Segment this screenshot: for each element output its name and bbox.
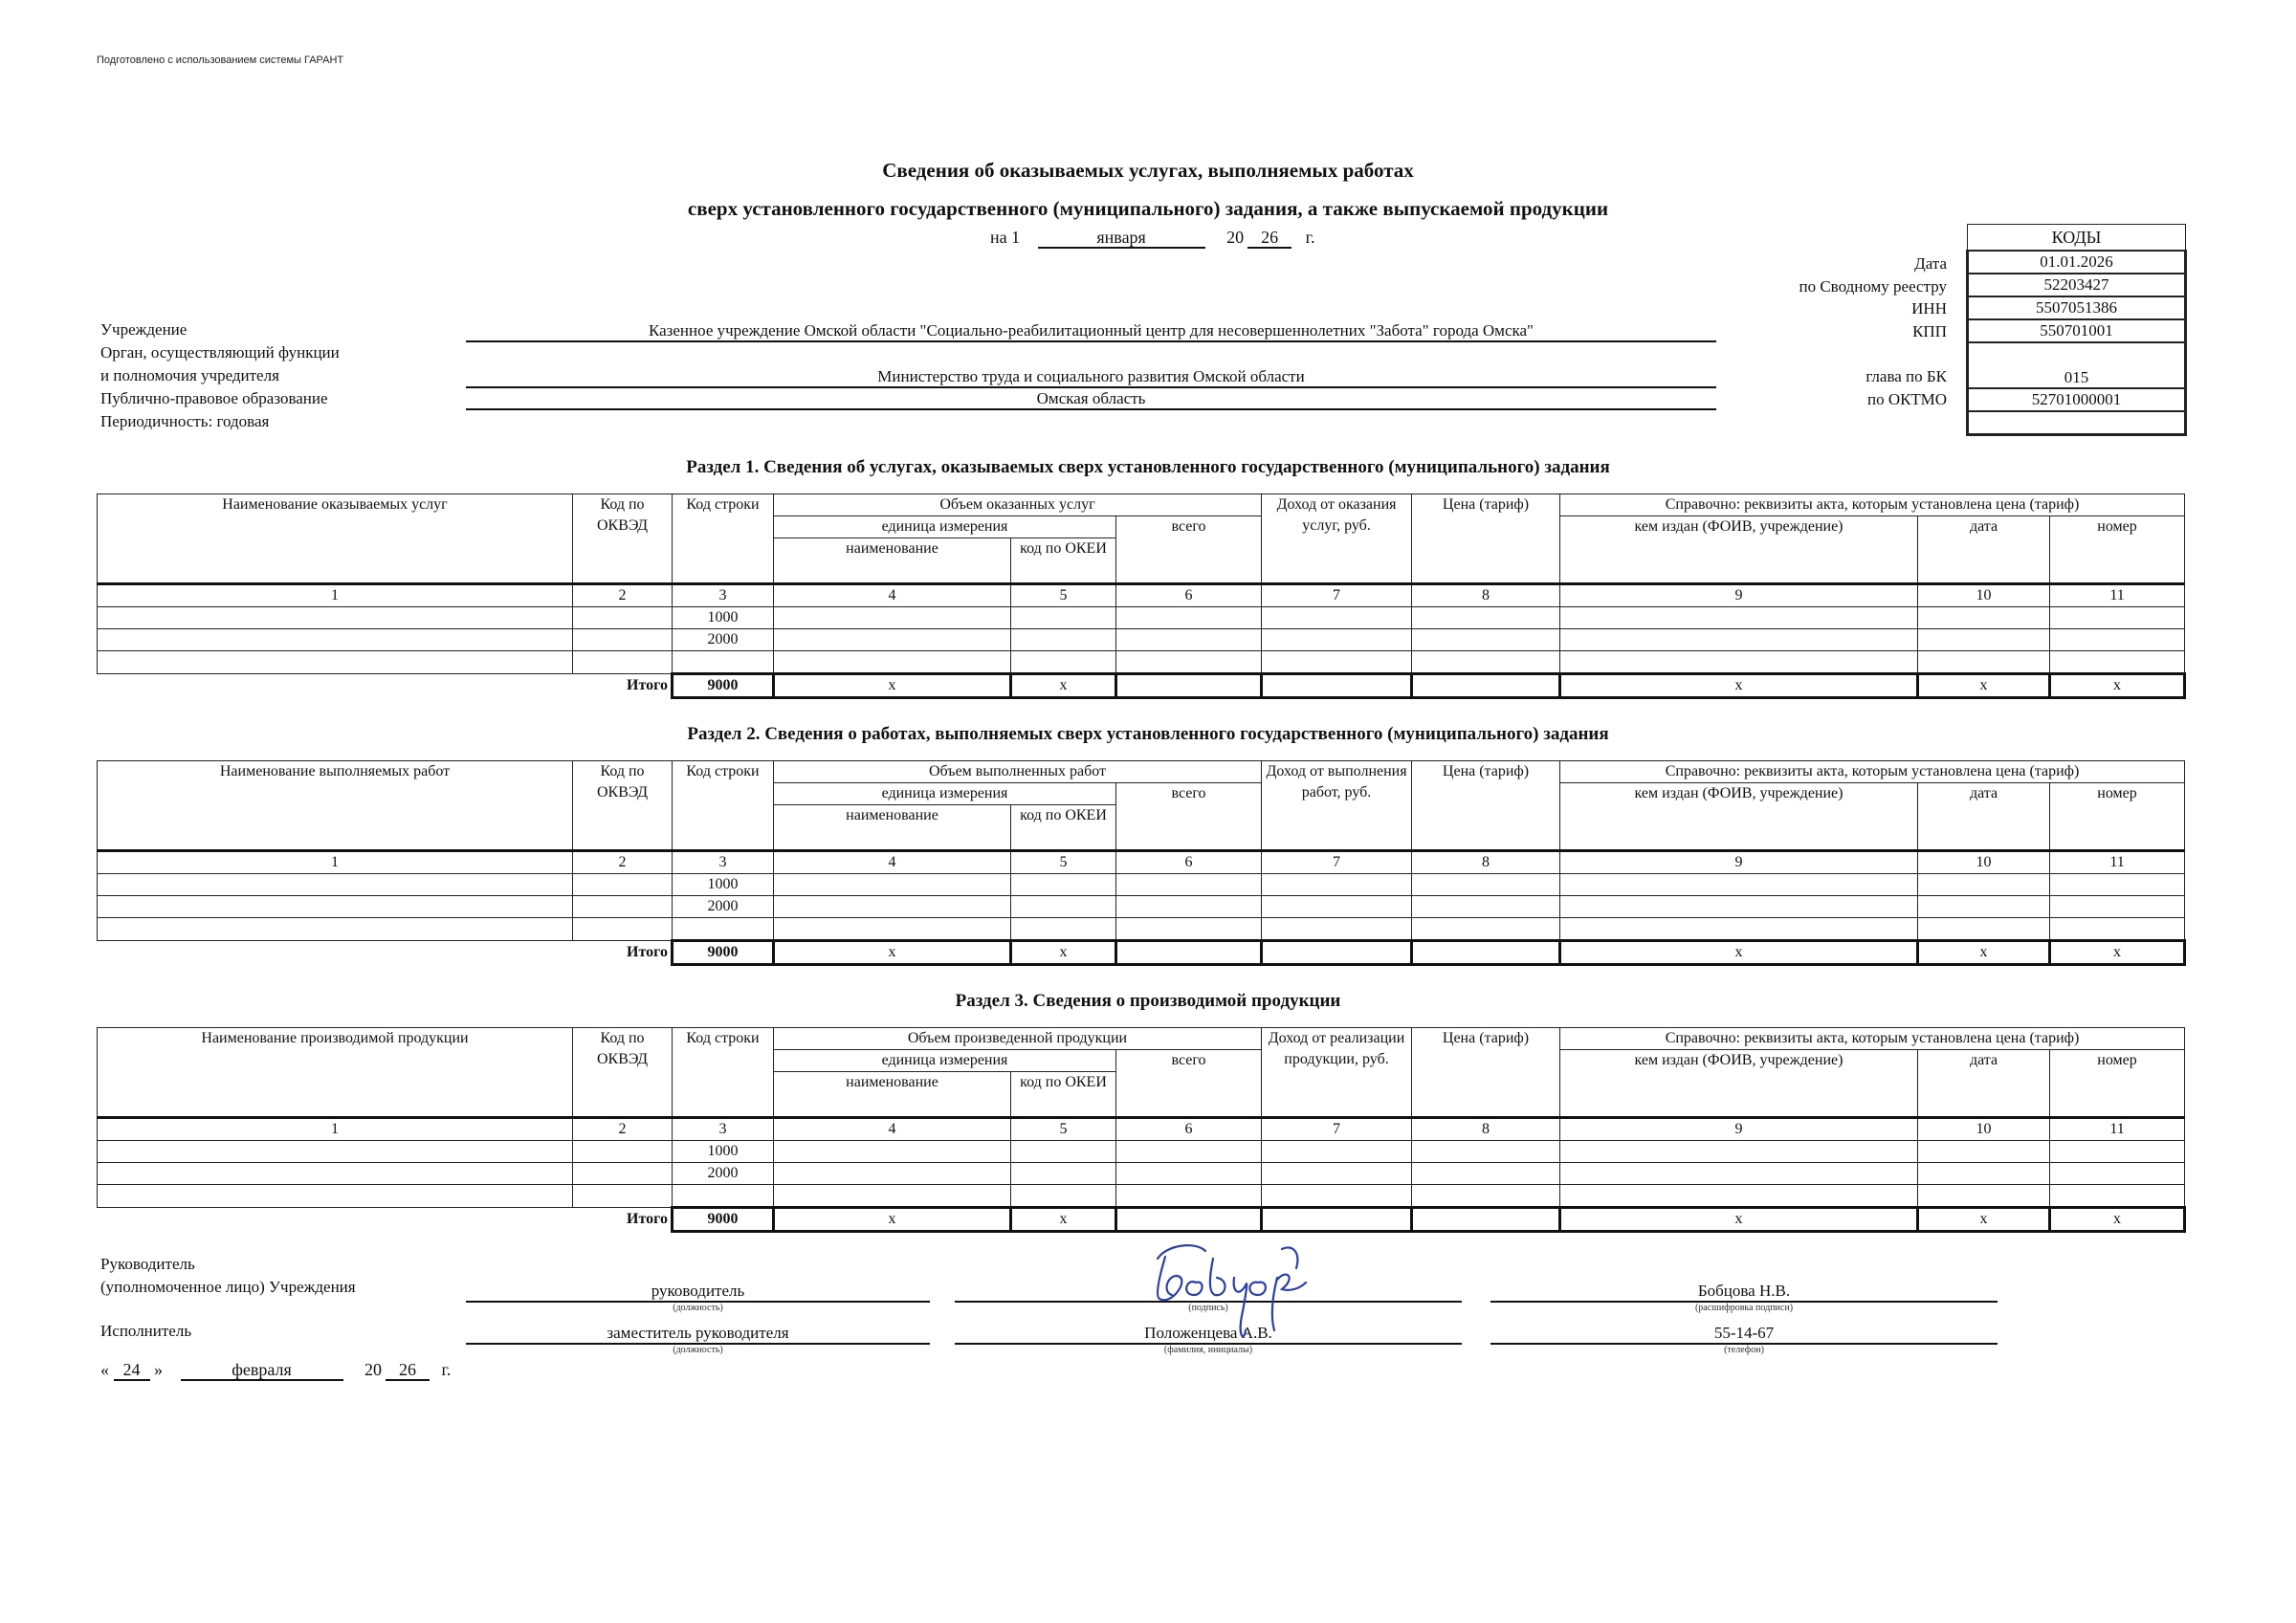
row-code (673, 1185, 774, 1208)
table-cell[interactable] (1011, 1163, 1116, 1185)
hint-decoding: (расшифровка подписи) (1490, 1303, 1998, 1313)
codes-table: КОДЫ 01.01.2026 52203427 5507051386 5507… (1966, 224, 2187, 436)
column-number: 9 (1560, 851, 1918, 874)
total-row: Итого9000xxxxx (98, 941, 2185, 965)
total-cell (1412, 941, 1560, 965)
header-reference: Справочно: реквизиты акта, которым устан… (1560, 1028, 2185, 1050)
column-number: 7 (1262, 851, 1412, 874)
table-cell[interactable] (1560, 629, 1918, 651)
total-cell: x (1918, 941, 2050, 965)
date-day: 24 (114, 1360, 150, 1381)
column-number: 1 (98, 1118, 573, 1141)
table-cell[interactable] (1116, 607, 1262, 629)
header-income: Доход от выполнения работ, руб. (1262, 761, 1412, 851)
table-cell[interactable] (98, 874, 573, 896)
table-cell[interactable] (2050, 874, 2185, 896)
row-code: 2000 (673, 629, 774, 651)
executor-phone: 55-14-67 (1490, 1324, 1998, 1345)
table-cell[interactable] (1412, 651, 1560, 674)
table-cell[interactable] (2050, 1163, 2185, 1185)
table-cell[interactable] (1412, 1185, 1560, 1208)
table-cell[interactable] (774, 918, 1011, 941)
table-row (98, 918, 2185, 941)
table-cell[interactable] (2050, 607, 2185, 629)
column-number: 10 (1918, 851, 2050, 874)
header-unit-name: наименование (774, 1072, 1011, 1118)
table-cell[interactable] (1918, 629, 2050, 651)
signed-date: « 24 » февраля 2026 г. (100, 1360, 451, 1381)
row-code: 1000 (673, 874, 774, 896)
header-reference: Справочно: реквизиты акта, которым устан… (1560, 494, 2185, 516)
column-number: 2 (573, 851, 673, 874)
table-cell[interactable] (1262, 1185, 1412, 1208)
section-1-title: Раздел 1. Сведения об услугах, оказываем… (0, 457, 2296, 478)
table-cell[interactable] (98, 629, 573, 651)
table-cell[interactable] (1011, 1185, 1116, 1208)
table-cell[interactable] (774, 1163, 1011, 1185)
table-row: 1000 (98, 1141, 2185, 1163)
date-open-quote: « (100, 1360, 109, 1379)
header-unit: единица измерения (774, 783, 1116, 805)
date-year-suffix: 26 (386, 1360, 430, 1381)
organization-labels: Учреждение Орган, осуществляющий функции… (100, 318, 340, 433)
table-cell[interactable] (573, 896, 673, 918)
column-number: 6 (1116, 1118, 1262, 1141)
column-number: 4 (774, 851, 1011, 874)
header-total: всего (1116, 783, 1262, 851)
label-institution: Учреждение (100, 318, 340, 341)
codes-label: по Сводному реестру (1626, 275, 1947, 298)
table-cell[interactable] (1918, 874, 2050, 896)
table-cell[interactable] (1116, 629, 1262, 651)
codes-label (1626, 342, 1947, 365)
header-price: Цена (тариф) (1412, 1028, 1560, 1118)
table-cell[interactable] (98, 607, 573, 629)
code-oktmo: 52701000001 (1968, 388, 2186, 411)
garant-watermark: Подготовлено с использованием системы ГА… (97, 55, 343, 66)
header-okved: Код по ОКВЭД (573, 494, 673, 584)
table-cell[interactable] (1262, 918, 1412, 941)
total-label: Итого (573, 674, 673, 698)
column-number: 4 (774, 1118, 1011, 1141)
table-cell[interactable] (1011, 651, 1116, 674)
code-date: 01.01.2026 (1968, 251, 2186, 274)
public-entity-name: Омская область (466, 389, 1716, 410)
as-of-suffix: г. (1306, 228, 1315, 247)
executor-position: заместитель руководителя (466, 1324, 930, 1345)
header-issuer: кем издан (ФОИВ, учреждение) (1560, 1050, 1918, 1118)
column-number: 5 (1011, 584, 1116, 607)
table-cell[interactable] (2050, 629, 2185, 651)
table-cell[interactable] (573, 1185, 673, 1208)
table-cell[interactable] (1262, 607, 1412, 629)
table-cell[interactable] (1116, 918, 1262, 941)
table-cell[interactable] (1262, 1141, 1412, 1163)
header-total: всего (1116, 516, 1262, 584)
column-number: 11 (2050, 584, 2185, 607)
codes-label: ИНН (1626, 297, 1947, 320)
total-cell: x (2050, 674, 2185, 698)
header-row-code: Код строки (673, 761, 774, 851)
total-cell: x (1011, 674, 1116, 698)
section-2-table: Наименование выполняемых работКод по ОКВ… (97, 760, 2186, 966)
table-cell[interactable] (1116, 896, 1262, 918)
table-cell[interactable] (1412, 918, 1560, 941)
section-3-title: Раздел 3. Сведения о производимой продук… (0, 991, 2296, 1012)
spacer (98, 941, 573, 965)
table-cell[interactable] (2050, 1141, 2185, 1163)
total-cell (1116, 941, 1262, 965)
row-code (673, 651, 774, 674)
table-cell[interactable] (1011, 896, 1116, 918)
as-of-month: января (1038, 228, 1205, 249)
header-okei: код по ОКЕИ (1011, 538, 1116, 584)
table-row: 2000 (98, 1163, 2185, 1185)
table-cell[interactable] (98, 1185, 573, 1208)
as-of-date: на 1 января 2026 г. (990, 228, 1314, 249)
column-number: 8 (1412, 1118, 1560, 1141)
header-issuer: кем издан (ФОИВ, учреждение) (1560, 783, 1918, 851)
table-cell[interactable] (1116, 651, 1262, 674)
document-title-line1: Сведения об оказываемых услугах, выполня… (0, 159, 2296, 183)
date-suffix: г. (442, 1360, 452, 1379)
header-unit: единица измерения (774, 516, 1116, 538)
table-cell[interactable] (774, 651, 1011, 674)
column-number: 7 (1262, 1118, 1412, 1141)
table-cell[interactable] (1560, 1163, 1918, 1185)
row-code: 1000 (673, 1141, 774, 1163)
total-cell: x (774, 941, 1011, 965)
table-cell[interactable] (1560, 896, 1918, 918)
label-public-entity: Публично-правовое образование (100, 387, 340, 410)
column-number: 7 (1262, 584, 1412, 607)
row-code (673, 918, 774, 941)
total-cell: x (774, 674, 1011, 698)
code-registry: 52203427 (1968, 274, 2186, 296)
table-row: 1000 (98, 607, 2185, 629)
table-cell[interactable] (98, 918, 573, 941)
header-okved: Код по ОКВЭД (573, 761, 673, 851)
table-row: 1000 (98, 874, 2185, 896)
column-number: 1 (98, 851, 573, 874)
table-cell[interactable] (1116, 874, 1262, 896)
handwritten-signature (1138, 1239, 1330, 1354)
row-code: 2000 (673, 1163, 774, 1185)
head-label-1: Руководитель (100, 1253, 195, 1276)
table-cell[interactable] (1560, 651, 1918, 674)
table-cell[interactable] (1116, 1185, 1262, 1208)
table-cell[interactable] (1918, 1141, 2050, 1163)
as-of-year-prefix: 20 (1226, 228, 1244, 247)
table-cell[interactable] (573, 918, 673, 941)
total-row: Итого9000xxxxx (98, 674, 2185, 698)
header-row-code: Код строки (673, 494, 774, 584)
column-number: 2 (573, 1118, 673, 1141)
table-cell[interactable] (2050, 896, 2185, 918)
date-close-quote: » (154, 1360, 163, 1379)
column-number: 6 (1116, 584, 1262, 607)
header-okved: Код по ОКВЭД (573, 1028, 673, 1118)
header-reference: Справочно: реквизиты акта, которым устан… (1560, 761, 2185, 783)
table-cell[interactable] (573, 651, 673, 674)
code-bk-chapter: 015 (1968, 342, 2186, 388)
table-cell[interactable] (1262, 896, 1412, 918)
header-okei: код по ОКЕИ (1011, 805, 1116, 851)
column-number: 9 (1560, 1118, 1918, 1141)
table-cell[interactable] (1262, 1163, 1412, 1185)
table-cell[interactable] (1011, 918, 1116, 941)
table-cell[interactable] (1011, 607, 1116, 629)
table-cell[interactable] (1412, 896, 1560, 918)
head-name: Бобцова Н.В. (1490, 1282, 1998, 1303)
table-cell[interactable] (573, 607, 673, 629)
header-unit-name: наименование (774, 805, 1011, 851)
header-issuer: кем издан (ФОИВ, учреждение) (1560, 516, 1918, 584)
header-total: всего (1116, 1050, 1262, 1118)
header-date: дата (1918, 1050, 2050, 1118)
header-number: номер (2050, 783, 2185, 851)
table-cell[interactable] (1262, 629, 1412, 651)
table-cell[interactable] (774, 874, 1011, 896)
document-title-line2: сверх установленного государственного (м… (0, 197, 2296, 221)
total-code: 9000 (673, 1208, 774, 1232)
header-date: дата (1918, 516, 2050, 584)
header-name: Наименование оказываемых услуг (98, 494, 573, 584)
total-code: 9000 (673, 941, 774, 965)
founder-name: Министерство труда и социального развити… (466, 367, 1716, 388)
table-cell[interactable] (1412, 874, 1560, 896)
table-cell[interactable] (1412, 607, 1560, 629)
date-year-prefix: 20 (364, 1360, 382, 1379)
table-cell[interactable] (98, 1141, 573, 1163)
total-cell: x (2050, 941, 2185, 965)
table-cell[interactable] (1560, 918, 1918, 941)
codes-label: Дата (1626, 252, 1947, 275)
total-cell (1116, 674, 1262, 698)
total-label: Итого (573, 1208, 673, 1232)
total-cell (1412, 1208, 1560, 1232)
table-cell[interactable] (573, 1163, 673, 1185)
total-cell: x (1560, 674, 1918, 698)
column-number: 8 (1412, 851, 1560, 874)
table-cell[interactable] (1011, 1141, 1116, 1163)
table-cell[interactable] (774, 629, 1011, 651)
table-row: 2000 (98, 896, 2185, 918)
table-cell[interactable] (1011, 629, 1116, 651)
total-cell (1116, 1208, 1262, 1232)
head-label-2: (уполномоченное лицо) Учреждения (100, 1276, 356, 1299)
table-row: 2000 (98, 629, 2185, 651)
total-cell: x (1918, 1208, 2050, 1232)
table-cell[interactable] (2050, 651, 2185, 674)
header-okei: код по ОКЕИ (1011, 1072, 1116, 1118)
code-kpp: 550701001 (1968, 319, 2186, 342)
table-cell[interactable] (1560, 607, 1918, 629)
total-cell: x (1011, 941, 1116, 965)
table-cell[interactable] (1262, 874, 1412, 896)
table-cell[interactable] (1918, 607, 2050, 629)
total-cell: x (1560, 941, 1918, 965)
table-cell[interactable] (1918, 1163, 2050, 1185)
column-number: 3 (673, 584, 774, 607)
table-cell[interactable] (1011, 874, 1116, 896)
total-cell (1262, 674, 1412, 698)
table-cell[interactable] (1116, 1141, 1262, 1163)
total-cell (1262, 1208, 1412, 1232)
table-cell[interactable] (98, 1163, 573, 1185)
header-unit: единица измерения (774, 1050, 1116, 1072)
total-cell (1412, 674, 1560, 698)
table-row (98, 651, 2185, 674)
header-income: Доход от оказания услуг, руб. (1262, 494, 1412, 584)
header-unit-name: наименование (774, 538, 1011, 584)
header-name: Наименование выполняемых работ (98, 761, 573, 851)
institution-name: Казенное учреждение Омской области "Соци… (466, 321, 1716, 342)
header-number: номер (2050, 516, 2185, 584)
section-3-table: Наименование производимой продукцииКод п… (97, 1027, 2186, 1233)
column-number: 1 (98, 584, 573, 607)
header-number: номер (2050, 1050, 2185, 1118)
label-periodicity: Периодичность: годовая (100, 410, 340, 433)
code-empty (1968, 411, 2186, 435)
table-cell[interactable] (774, 1141, 1011, 1163)
table-cell[interactable] (573, 1141, 673, 1163)
table-cell[interactable] (1918, 918, 2050, 941)
table-cell[interactable] (1412, 629, 1560, 651)
header-row-code: Код строки (673, 1028, 774, 1118)
header-date: дата (1918, 783, 2050, 851)
total-label: Итого (573, 941, 673, 965)
table-cell[interactable] (573, 874, 673, 896)
table-cell[interactable] (98, 896, 573, 918)
hint-phone: (телефон) (1490, 1345, 1998, 1355)
column-number: 11 (2050, 1118, 2185, 1141)
header-price: Цена (тариф) (1412, 494, 1560, 584)
total-row: Итого9000xxxxx (98, 1208, 2185, 1232)
section-1-table: Наименование оказываемых услугКод по ОКВ… (97, 493, 2186, 699)
column-number: 8 (1412, 584, 1560, 607)
total-cell: x (2050, 1208, 2185, 1232)
table-cell[interactable] (2050, 918, 2185, 941)
column-number: 3 (673, 1118, 774, 1141)
total-cell: x (774, 1208, 1011, 1232)
header-name: Наименование производимой продукции (98, 1028, 573, 1118)
row-code: 2000 (673, 896, 774, 918)
table-row (98, 1185, 2185, 1208)
table-cell[interactable] (1116, 1163, 1262, 1185)
table-cell[interactable] (573, 629, 673, 651)
column-number: 10 (1918, 1118, 2050, 1141)
label-founder-2: и полномочия учредителя (100, 364, 340, 387)
codes-header: КОДЫ (1968, 225, 2186, 252)
section-2-title: Раздел 2. Сведения о работах, выполняемы… (0, 724, 2296, 745)
table-cell[interactable] (774, 896, 1011, 918)
label-founder-1: Орган, осуществляющий функции (100, 341, 340, 364)
hint-position: (должность) (466, 1303, 930, 1313)
total-cell: x (1918, 674, 2050, 698)
as-of-prefix: на 1 (990, 228, 1020, 247)
spacer (98, 1208, 573, 1232)
as-of-year-suffix: 26 (1247, 228, 1291, 249)
table-cell[interactable] (1560, 1185, 1918, 1208)
code-inn: 5507051386 (1968, 296, 2186, 319)
column-number: 3 (673, 851, 774, 874)
spacer (98, 674, 573, 698)
column-number: 2 (573, 584, 673, 607)
total-cell: x (1560, 1208, 1918, 1232)
table-cell[interactable] (1560, 874, 1918, 896)
total-cell: x (1011, 1208, 1116, 1232)
header-volume: Объем выполненных работ (774, 761, 1262, 783)
header-price: Цена (тариф) (1412, 761, 1560, 851)
table-cell[interactable] (1412, 1163, 1560, 1185)
table-cell[interactable] (2050, 1185, 2185, 1208)
executor-label: Исполнитель (100, 1320, 191, 1343)
total-code: 9000 (673, 674, 774, 698)
column-number: 5 (1011, 1118, 1116, 1141)
head-position: руководитель (466, 1282, 930, 1303)
row-code: 1000 (673, 607, 774, 629)
hint-position-2: (должность) (466, 1345, 930, 1355)
column-number: 5 (1011, 851, 1116, 874)
column-number: 4 (774, 584, 1011, 607)
table-cell[interactable] (98, 651, 573, 674)
table-cell[interactable] (1918, 896, 2050, 918)
total-cell (1262, 941, 1412, 965)
header-income: Доход от реализации продукции, руб. (1262, 1028, 1412, 1118)
table-cell[interactable] (1412, 1141, 1560, 1163)
table-cell[interactable] (1918, 651, 2050, 674)
table-cell[interactable] (774, 607, 1011, 629)
table-cell[interactable] (774, 1185, 1011, 1208)
column-number: 9 (1560, 584, 1918, 607)
header-volume: Объем произведенной продукции (774, 1028, 1262, 1050)
table-cell[interactable] (1262, 651, 1412, 674)
column-number: 6 (1116, 851, 1262, 874)
date-month: февраля (181, 1360, 343, 1381)
header-volume: Объем оказанных услуг (774, 494, 1262, 516)
column-number: 10 (1918, 584, 2050, 607)
table-cell[interactable] (1918, 1185, 2050, 1208)
column-number: 11 (2050, 851, 2185, 874)
table-cell[interactable] (1560, 1141, 1918, 1163)
